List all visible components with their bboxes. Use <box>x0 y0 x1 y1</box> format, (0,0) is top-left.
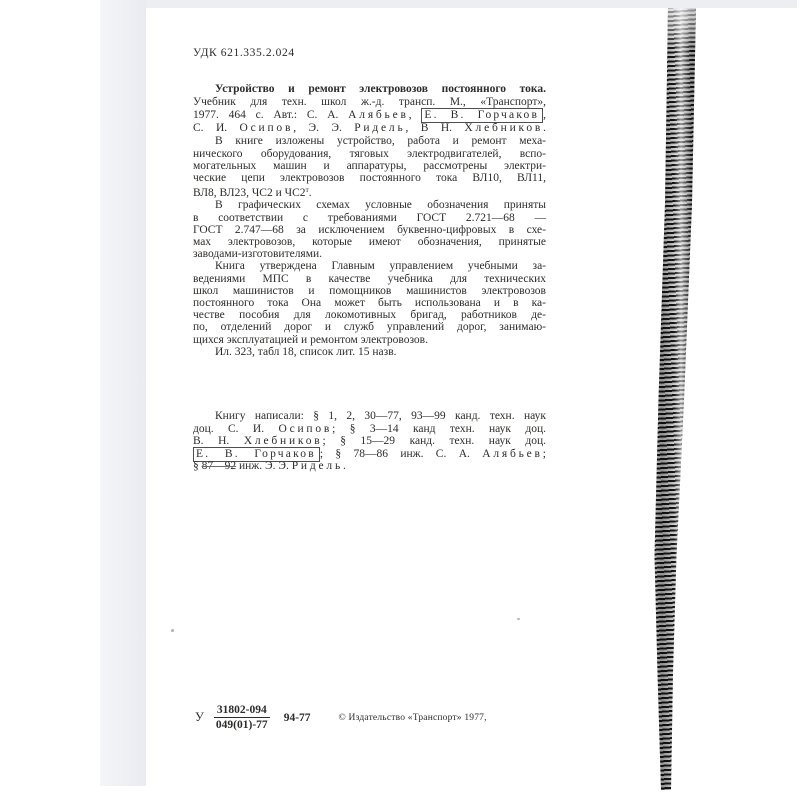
text-span: 1977. 464 с. Авт.: С. А. <box>193 109 348 121</box>
text-line: нического оборудования, тяговых электрод… <box>193 148 546 160</box>
text-span: могательных машин и аппаратуры, рассмотр… <box>193 160 546 172</box>
text-line: Ил. 323, табл 18, список лит. 15 назв. <box>193 346 546 358</box>
text-span: С. И. <box>193 122 240 134</box>
text-span: В графических схемах условные обозначени… <box>215 199 546 211</box>
text-line: Книгу написали: § 1, 2, 30—77, 93—99 кан… <box>193 410 546 423</box>
text-span: ; § 78—86 инж. С. А. <box>320 448 482 460</box>
text-line: В графических схемах условные обозначени… <box>193 199 546 211</box>
section-range: 87—92 <box>202 460 237 472</box>
text-line: ческие цепи электровозов постоянного ток… <box>193 172 546 184</box>
text-span: в соответствии с требованиями ГОСТ 2.721… <box>193 212 546 224</box>
text-line: постоянного тока Она может быть использо… <box>193 297 546 309</box>
text-span: ; § 3—14 канд техн. наук доц. <box>332 423 546 435</box>
photo-top-edge <box>100 0 797 8</box>
text-line: заводами-изготовителями. <box>193 248 546 260</box>
index-suffix: 94-77 <box>284 712 311 724</box>
text-span: . <box>343 460 346 472</box>
dust-speck <box>517 618 520 620</box>
text-line: В. Н. Хлебников; § 15—29 канд. техн. нау… <box>193 435 546 448</box>
text-line: Е. В. Горчаков; § 78—86 инж. С. А. Алябь… <box>193 448 546 461</box>
book-title: Устройство и ремонт электровозов постоян… <box>215 83 546 95</box>
copyright-notice: © Издательство «Транспорт» 1977, <box>339 713 487 723</box>
text-span: . <box>309 187 312 199</box>
text-span: по, отделений дорог и служб управлений д… <box>193 321 546 333</box>
text-line: школ машинистов и помощников машинистов … <box>193 285 546 297</box>
text-span: ческие цепи электровозов постоянного ток… <box>193 172 546 184</box>
text-span: ; § 15—29 канд. техн. наук доц. <box>323 435 546 447</box>
text-span: честве пособия для локомотивных бригад, … <box>193 309 546 321</box>
boxed-author-name: Е. В. Горчаков <box>421 108 543 123</box>
text-line: доц. С. И. Осипов; § 3—14 канд техн. нау… <box>193 423 546 436</box>
text-span: , <box>409 109 422 121</box>
text-span: . <box>543 122 546 134</box>
text-span: щихся эксплуатацией и ремонтом электрово… <box>193 334 428 346</box>
dust-speck <box>171 629 174 632</box>
text-span: инж. Э. Э. <box>236 460 292 472</box>
text-line: ВЛ8, ВЛ23, ЧС2 и ЧС2т. <box>193 184 546 199</box>
text-span: ; <box>543 448 546 460</box>
paragraph: Устройство и ремонт электровозов постоян… <box>193 83 546 135</box>
book-index-fraction: 31802-094 049(01)-77 <box>214 704 270 731</box>
text-span: заводами-изготовителями. <box>193 248 322 260</box>
text-span: Ил. 323, табл 18, список лит. 15 назв. <box>215 346 397 358</box>
text-line: С. И. Осипов, Э. Э. Ридель, В Н. Хлебник… <box>193 122 546 135</box>
author-name: Хлебников <box>244 435 323 447</box>
text-span: мах электровозов, которые имеют обозначе… <box>193 236 546 248</box>
author-name: Алябьев <box>482 448 543 460</box>
page-left-edge-shadow <box>100 0 146 786</box>
paragraph: Ил. 323, табл 18, список лит. 15 назв. <box>193 346 546 358</box>
paragraph: В графических схемах условные обозначени… <box>193 199 546 260</box>
text-span: В. Н. <box>193 435 244 447</box>
text-line: ГОСТ 2.747—68 за исключением буквенно-ци… <box>193 224 546 236</box>
bibliographic-text: Устройство и ремонт электровозов постоян… <box>193 83 546 473</box>
paragraph: Книга утверждена Главным управлением уче… <box>193 260 546 345</box>
author-name: Хлебников <box>464 122 543 134</box>
text-span: Книгу написали: § 1, 2, 30—77, 93—99 кан… <box>215 410 546 422</box>
author-name: Ридель <box>292 460 343 472</box>
text-span: постоянного тока Она может быть использо… <box>193 297 546 309</box>
text-line: щихся эксплуатацией и ремонтом электрово… <box>193 334 546 346</box>
index-denominator: 049(01)-77 <box>216 718 268 731</box>
series-letter: У <box>195 710 204 725</box>
text-line: честве пособия для локомотивных бригад, … <box>193 309 546 321</box>
text-span: В книге изложены устройство, работа и ре… <box>215 135 546 147</box>
text-span: нического оборудования, тяговых электрод… <box>193 148 546 160</box>
text-span: § <box>193 460 202 472</box>
text-line: в соответствии с требованиями ГОСТ 2.721… <box>193 212 546 224</box>
text-span: Учебник для техн. школ ж.-д. трансп. М.,… <box>193 96 546 108</box>
text-line: ведениями МПС в качестве учебника для те… <box>193 273 546 285</box>
text-span: Книга утверждена Главным управлением уче… <box>215 260 546 272</box>
paragraph: Книгу написали: § 1, 2, 30—77, 93—99 кан… <box>193 410 546 473</box>
text-line: 1977. 464 с. Авт.: С. А. Алябьев, Е. В. … <box>193 109 546 122</box>
text-span: , В Н. <box>406 122 465 134</box>
index-numerator: 31802-094 <box>214 704 270 718</box>
text-span: ГОСТ 2.747—68 за исключением буквенно-ци… <box>193 224 546 236</box>
book-binding-strip <box>648 8 698 790</box>
text-line: мах электровозов, которые имеют обозначе… <box>193 236 546 248</box>
author-name: Алябьев <box>348 109 409 121</box>
text-line: могательных машин и аппаратуры, рассмотр… <box>193 160 546 172</box>
text-span: , Э. Э. <box>293 122 354 134</box>
text-line: Устройство и ремонт электровозов постоян… <box>193 83 546 96</box>
paragraph: В книге изложены устройство, работа и ре… <box>193 135 546 199</box>
text-span: , <box>543 109 546 121</box>
author-name: Осипов <box>240 122 294 134</box>
text-span: школ машинистов и помощников машинистов … <box>193 285 546 297</box>
text-span: ВЛ8, ВЛ23, ЧС2 и ЧС2 <box>193 187 306 199</box>
text-span: доц. С. И. <box>193 423 278 435</box>
text-line: В книге изложены устройство, работа и ре… <box>193 135 546 147</box>
text-line: § 87—92 инж. Э. Э. Ридель. <box>193 460 546 473</box>
imprint-row: У 31802-094 049(01)-77 94-77 © Издательс… <box>195 704 487 731</box>
text-line: по, отделений дорог и служб управлений д… <box>193 321 546 333</box>
text-line: Книга утверждена Главным управлением уче… <box>193 260 546 272</box>
author-name: Осипов <box>278 423 332 435</box>
author-name: Ридель <box>354 122 405 134</box>
udc-code: УДК 621.335.2.024 <box>193 47 295 59</box>
text-span: ведениями МПС в качестве учебника для те… <box>193 273 546 285</box>
